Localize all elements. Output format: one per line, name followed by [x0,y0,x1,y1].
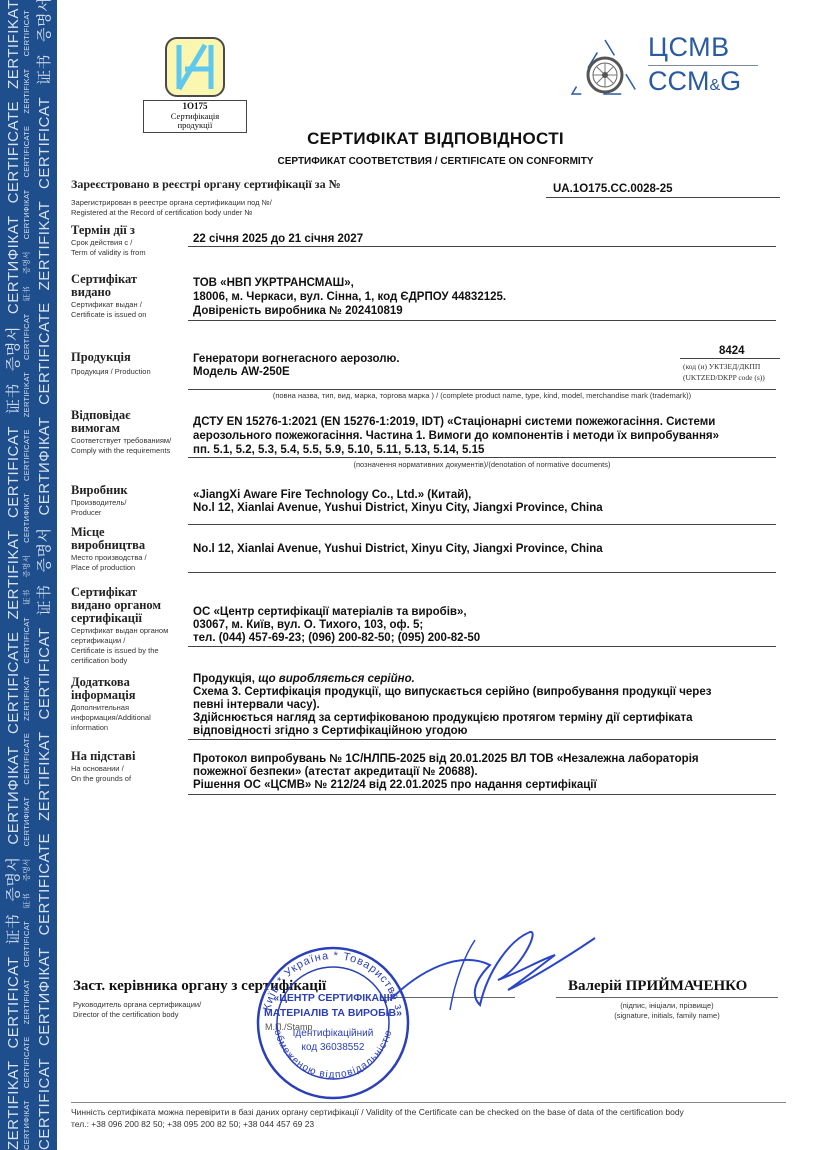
band-text-col-3: CERTIFICATCERTИФІКАТCERTIFICATEZERTIFIKA… [33,0,54,1150]
band-word: 증명서 [22,858,31,881]
cert-body-line-3: тел. (044) 457-69-23; (096) 200-82-50; (… [193,632,480,645]
place-value: No.l 12, Xianlai Avenue, Yushui District… [193,543,603,556]
grounds-rule [188,794,776,795]
product-line-2: Модель AW-250E [193,366,290,379]
band-word: CERTIFICAT [36,628,53,720]
band-word: CERTИФІКАТ [22,797,31,847]
band-word: CERTIFICATE [36,302,53,404]
band-word: ZERTIFIKAT [5,1061,22,1150]
band-word: CERTIFICATE [5,631,22,733]
stamp-line-3: Ідентифікаційний [255,1027,411,1041]
ccm-logo-text-ua: ЦСМВ [648,32,730,63]
additional-line-1: Продукція, що виробляється серійно. [193,673,415,686]
band-word: 证书 [5,383,22,414]
band-word: ZERTIFIKAT [5,0,22,89]
issued-to-line-1: ТОВ «НВП УКРТРАНСМАШ», [193,277,354,290]
band-word: CERTIFICATE [5,101,22,203]
band-word: 증명서 [22,555,31,578]
place-sublabel-en: Place of production [71,563,135,573]
validity-sublabel-en: Term of validity is from [71,248,146,258]
band-word: 증명서 [5,326,22,371]
footer-validity-note: Чинність сертифіката можна перевірити в … [71,1106,684,1118]
band-word: CERTIFICAT [36,1058,53,1150]
place-sublabel-ru: Место производства / [71,553,147,563]
band-word: 证书 [22,589,31,605]
band-word: ZERTIFIKAT [22,979,31,1024]
requirements-line-2: аерозольного пожежогасіння. Частина 1. В… [193,430,719,443]
band-word: 증명서 [22,251,31,274]
registry-label: Зареєстровано в реєстрі органу сертифіка… [71,178,341,191]
band-word: CERTIFICAT [5,426,22,518]
additional-sublabel-1: Дополнительная [71,703,129,713]
band-word: CERTИФІКАТ [5,215,22,314]
band-word: 证书 [22,893,31,909]
producer-sublabel-en: Producer [71,508,101,518]
band-word: CERTIFICAT [5,957,22,1049]
validity-value: 22 січня 2025 до 21 січня 2027 [193,233,363,246]
product-note: (повна назва, тип, вид, марка, торгова м… [188,391,776,400]
band-word: CERTIFICATE [22,1036,31,1088]
place-rule [188,572,776,573]
registry-sublabel-en: Registered at the Record of certificatio… [71,208,252,218]
grounds-line-3: Рішення ОС «ЦСМВ» № 212/24 від 22.01.202… [193,779,597,792]
grounds-sublabel-ru: На основании / [71,764,124,774]
issued-to-rule [188,320,776,321]
band-word: CERTIFICAT [22,921,31,967]
validity-label: Термін дії з [71,224,135,237]
cert-body-line-1: ОС «Центр сертифікації матеріалів та вир… [193,606,467,619]
cert-body-sublabel-2: сертификации / [71,636,125,646]
cert-body-rule [188,646,776,647]
cert-body-sublabel-3: Certificate is issued by the [71,646,159,656]
registry-sublabel-ru: Зарегистрирован в реестре органа сертифи… [71,198,272,208]
place-label-2: виробництва [71,539,145,552]
additional-sublabel-2: информация/Additional [71,713,151,723]
band-word: CERTИФІКАТ [22,493,31,543]
issued-to-line-3: Довіреність виробника № 202410819 [193,305,403,318]
product-label: Продукція [71,351,131,364]
stamp-line-4: код 36038552 [255,1041,411,1055]
cert-body-sublabel-1: Сертификат выдан органом [71,626,168,636]
validity-sublabel-ru: Срок действия с / [71,238,132,248]
grounds-line-2: пожежної безпеки» (атестат акредитації №… [193,766,478,779]
grounds-label: На підставі [71,750,135,763]
product-sublabel: Продукция / Production [71,367,151,377]
footer-rule [71,1102,786,1103]
band-word: CERTIFICATE [36,833,53,935]
band-word: 증명서 [5,857,22,902]
band-text-col-1: ZERTIFIKATCERTIFICAT证书증명서CERTИФІКАТCERTI… [2,0,23,1150]
band-word: 证书 [36,54,53,85]
requirements-sublabel-ru: Соответствует требованиям/ [71,436,171,446]
band-word: CERTIFICATE [22,733,31,785]
footer-phones: тел.: +38 096 200 82 50; +38 095 200 82 … [71,1118,314,1130]
registry-number: UA.1O175.CC.0028-25 [553,183,673,196]
product-rule [188,389,776,390]
band-word: CERTИФІКАТ [5,746,22,845]
additional-line-3: певні інтервали часу). [193,699,320,712]
band-word: ZERTIFIKAT [22,372,31,417]
requirements-label-2: вимогам [71,422,120,435]
validity-rule [188,246,776,247]
band-word: CERTIFICATE [22,429,31,481]
document-subtitle: СЕРТИФИКАТ СООТВЕТСТВИЯ / CERTIFICATE ON… [0,156,814,167]
ua-mark-icon [167,39,223,95]
issued-to-line-2: 18006, м. Черкаси, вул. Сінна, 1, код ЄД… [193,291,506,304]
band-word: 证书 [22,286,31,302]
issued-to-sublabel-ru: Сертификат выдан / [71,300,142,310]
cert-body-sublabel-4: certification body [71,656,127,666]
signatory-sublabel-en: Director of the certification body [73,1010,178,1020]
certification-mark-logo [165,37,225,97]
band-text-col-2: CERTИФІКАТCERTIFICATEZERTIFIKATCERTIFICA… [21,0,32,1150]
additional-line-5: відповідності згідно з Сертифікаційною у… [193,725,467,738]
band-word: CERTИФІКАТ [22,189,31,239]
additional-sublabel-3: information [71,723,108,733]
grounds-sublabel-en: On the grounds of [71,774,131,784]
product-code-rule [680,358,780,359]
band-word: CERTИФІКАТ [22,1100,31,1150]
band-word: ZERTIFIKAT [22,68,31,113]
band-word: CERTIFICAT [22,617,31,663]
band-word: ZERTIFIKAT [22,676,31,721]
registry-rule [546,197,780,198]
band-word: CERTИФІКАТ [36,417,53,516]
issued-to-sublabel-en: Certificate is issued on [71,310,146,320]
producer-label: Виробник [71,484,128,497]
band-word: ZERTIFIKAT [36,731,53,820]
issued-to-label-2: видано [71,286,111,299]
requirements-note: (позначення нормативних документів)/(den… [188,460,776,469]
band-word: 证书 [36,585,53,616]
producer-line-1: «JiangXi Aware Fire Technology Co., Ltd.… [193,489,471,502]
product-line-1: Генератори вогнегасного аерозолю. [193,353,400,366]
product-code: 8424 [719,345,745,358]
requirements-sublabel-en: Comply with the requirements [71,446,170,456]
producer-line-2: No.l 12, Xianlai Avenue, Yushui District… [193,502,603,515]
requirements-line-1: ДСТУ EN 15276-1:2021 (EN 15276-1:2019, I… [193,416,715,429]
additional-line-4: Здійснюється нагляд за сертифікованою пр… [193,712,693,725]
ccm-wheel-triangle-icon [570,38,640,96]
document-title: СЕРТИФІКАТ ВІДПОВІДНОСТІ [0,129,814,149]
producer-sublabel-ru: Производитель/ [71,498,126,508]
additional-line-2: Схема 3. Сертифікація продукції, що випу… [193,686,711,699]
signatory-sublabel-ru: Руководитель органа сертификации/ [73,1000,201,1010]
band-word: 증명서 [36,528,53,573]
mark-code: 1O175 [182,101,207,111]
requirements-rule [188,457,776,458]
additional-rule [188,739,776,740]
cert-body-line-2: 03067, м. Київ, вул. О. Тихого, 103, оф.… [193,619,423,632]
cert-body-label-3: сертифікації [71,612,142,625]
band-word: CERTИФІКАТ [36,947,53,1046]
product-code-note: (код (и) УКТЗЕД/ДКПП(UKTZED/DKPP code (s… [683,361,765,383]
requirements-line-3: пп. 5.1, 5.2, 5.3, 5.4, 5.5, 5.9, 5.10, … [193,444,484,457]
band-word: ZERTIFIKAT [5,530,22,619]
additional-label-2: інформація [71,689,135,702]
decorative-side-band: ZERTIFIKATCERTIFICAT证书증명서CERTИФІКАТCERTI… [0,0,57,1150]
band-word: 证书 [5,914,22,945]
mark-line1: Сертифікація [171,111,219,121]
band-word: 증명서 [36,0,53,42]
producer-rule [188,524,776,525]
band-word: CERTIFICAT [22,314,31,360]
band-word: ZERTIFIKAT [36,201,53,290]
handwritten-signature-icon [380,910,610,1020]
grounds-line-1: Протокол випробувань № 1С/НЛПБ-2025 від … [193,753,699,766]
band-word: CERTIFICAT [22,10,31,56]
ccm-logo-text-en: CCM&G [648,66,741,97]
